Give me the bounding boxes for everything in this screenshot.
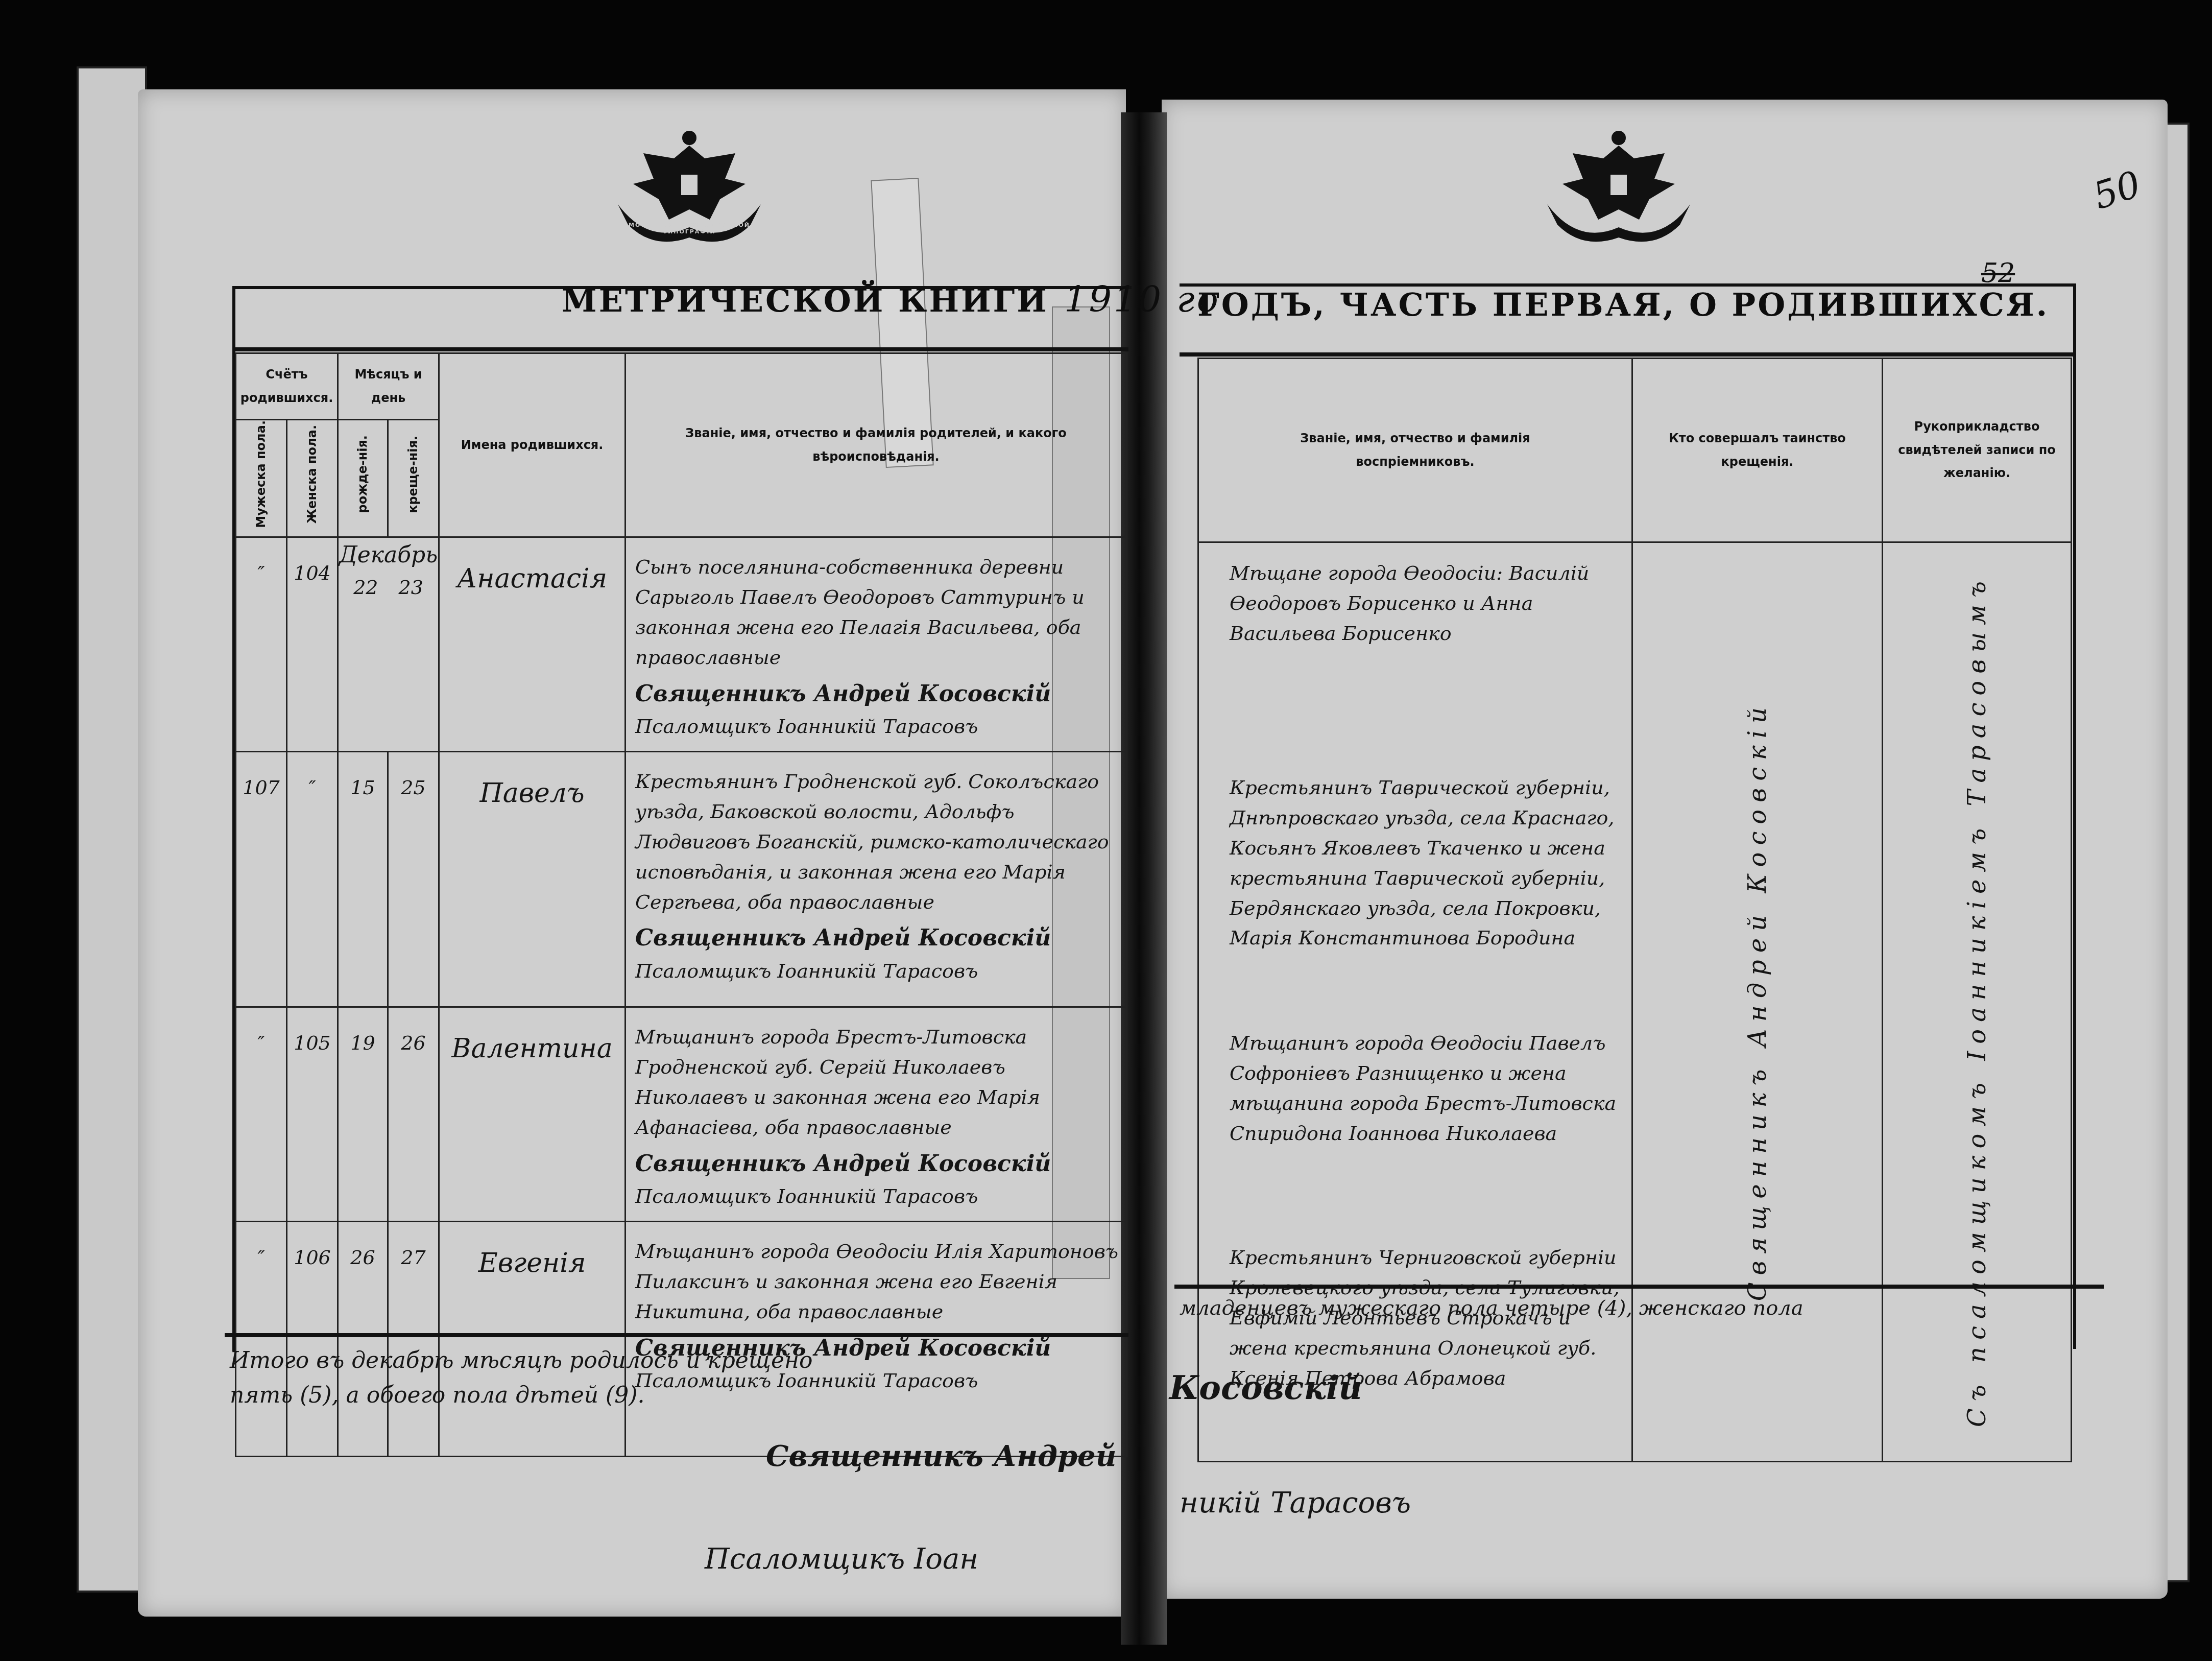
title-left: МЕТРИЧЕСКОЙ КНИГИ1910 го [562,278,1220,320]
cell-female: 106 [287,1222,338,1457]
cell-parents: Крестьянинъ Гродненской губ. Соколъскаго… [626,752,1127,1007]
parents-text: Сынъ поселянина-собственника деревни Сар… [635,556,1085,669]
parents-text: Мѣщанинъ города Өеодосіи Илія Харитоновъ… [635,1240,1118,1323]
folio-printed-struck: 52 [1981,258,2015,289]
priest-signature: Священникъ Андрей Косовскій [635,677,1119,711]
cell-male: ″ [236,1007,287,1222]
imperial-eagle-emblem-right [1542,123,1695,250]
cell-baptism: 27 [388,1222,439,1457]
godparents-entry-1: Мѣщане города Өеодосіи: Василій Өеодоров… [1230,558,1621,773]
table-row: ″ 106 26 27 Евгенія Мѣщанинъ города Өеод… [236,1222,1127,1457]
cell-birth: 26 [338,1222,388,1457]
assistant-signature: Псаломщикъ Іоанникій Тарасовъ [635,711,1119,742]
final-assistant-signature-left: Псаломщикъ Іоан [705,1537,978,1582]
header-rule-right [1180,352,2073,357]
priest-signature: Священникъ Андрей Косовскій [635,921,1119,956]
month-handwritten: Декабрь [339,538,438,573]
cell-child-name: Анастасія [439,537,626,752]
godparents-entry-3: Мѣщанинъ города Өеодосіи Павелъ Софроніе… [1230,1028,1621,1243]
header-female: Женска пола. [287,420,338,537]
parents-text: Крестьянинъ Гродненской губ. Соколъскаго… [635,770,1109,913]
cell-parents: Мѣщанинъ города Брестъ-Литовска Гродненс… [626,1007,1127,1222]
summary-left-line-1: Итого въ декабрѣ мѣсяцѣ родилось и креще… [230,1343,1098,1378]
cell-female: 104 [287,537,338,752]
cell-birth: 15 [338,752,388,1007]
header-names: Имена родившихся. [439,353,626,537]
year-handwritten: 1910 го [1064,278,1220,320]
table-row: ″ 104 Декабрь 2223 Анастасія Сынъ поселя… [236,537,1127,752]
cell-female: 105 [287,1007,338,1222]
header-parents: Званіе, имя, отчество и фамилія родителе… [626,353,1127,537]
cell-baptism: 26 [388,1007,439,1222]
header-birth: рожде-нія. [338,420,388,537]
title-right: ГОДЪ, ЧАСТЬ ПЕРВАЯ, О РОДИВШИХСЯ. [1197,286,2049,323]
parents-text: Мѣщанинъ города Брестъ-Литовска Гродненс… [635,1026,1040,1138]
header-witnesses: Рукоприкладство свидѣтелей записи по жел… [1883,359,2072,542]
header-godparents: Званіе, имя, отчество и фамилія воспріем… [1198,359,1632,542]
cell-child-name: Павелъ [439,752,626,1007]
header-rule-left [232,347,1128,351]
emblem-banner-text: МОСКОВСКОЙ СИНОДАЛЬНОЙ ТИПОГРАФІИ [613,222,766,235]
cell-parents: Сынъ поселянина-собственника деревни Сар… [626,537,1127,752]
cell-birth: 19 [338,1007,388,1222]
double-headed-eagle-icon [1542,123,1695,250]
header-performer: Кто совершалъ таинство крещенія. [1632,359,1883,542]
cell-male: ″ [236,537,287,752]
priest-signature: Священникъ Андрей Косовскій [635,1147,1119,1181]
header-month-day: Мѣсяцъ и день [338,353,439,420]
final-priest-signature-right: Косовскій [1169,1363,1362,1413]
assistant-signature: Псаломщикъ Іоанникій Тарасовъ [635,956,1119,986]
cell-female: ″ [287,752,338,1007]
cell-male: 107 [236,752,287,1007]
final-assistant-signature-right: никій Тарасовъ [1180,1481,1411,1526]
godparents-entry-2: Крестьянинъ Таврической губерніи, Днѣпро… [1230,773,1621,1028]
header-baptism: креще-нія. [388,420,439,537]
birth-day: 22 [353,576,378,599]
summary-right: младенцевъ мужескаго пола четыре (4), же… [1180,1292,2099,1324]
summary-left: Итого въ декабрѣ мѣсяцѣ родилось и креще… [230,1343,1098,1413]
table-row: 107 ″ 15 25 Павелъ Крестьянинъ Гродненск… [236,752,1127,1007]
summary-rule-left [225,1333,1128,1337]
page-stack-edge [77,66,147,1593]
cell-child-name: Евгенія [439,1222,626,1457]
summary-rule-right [1174,1285,2104,1289]
table-row: ″ 105 19 26 Валентина Мѣщанинъ города Бр… [236,1007,1127,1222]
cell-child-name: Валентина [439,1007,626,1222]
cell-parents: Мѣщанинъ города Өеодосіи Илія Харитоновъ… [626,1222,1127,1457]
performer-vertical-text: Священникъ Андрей Косовскій [1743,700,1772,1301]
births-table-left: Счётъ родившихся. Мѣсяцъ и день Имена ро… [235,352,1127,1457]
final-priest-signature-left: Священникъ Андрей [766,1434,1116,1479]
imperial-eagle-emblem-left: МОСКОВСКОЙ СИНОДАЛЬНОЙ ТИПОГРАФІИ [613,123,766,250]
folio-printed-number: 52 [1981,258,2015,289]
cell-male: ″ [236,1222,287,1457]
title-left-text: МЕТРИЧЕСКОЙ КНИГИ [562,282,1049,319]
header-male: Мужеска пола. [236,420,287,537]
assistant-signature: Псаломщикъ Іоанникій Тарасовъ [635,1181,1119,1212]
summary-left-line-2: пять (5), а обоего пола дѣтей (9). [230,1378,1098,1413]
cell-baptism: 25 [388,752,439,1007]
header-count: Счётъ родившихся. [236,353,338,420]
cell-dates: Декабрь 2223 [338,537,439,752]
baptism-day: 23 [399,576,423,599]
